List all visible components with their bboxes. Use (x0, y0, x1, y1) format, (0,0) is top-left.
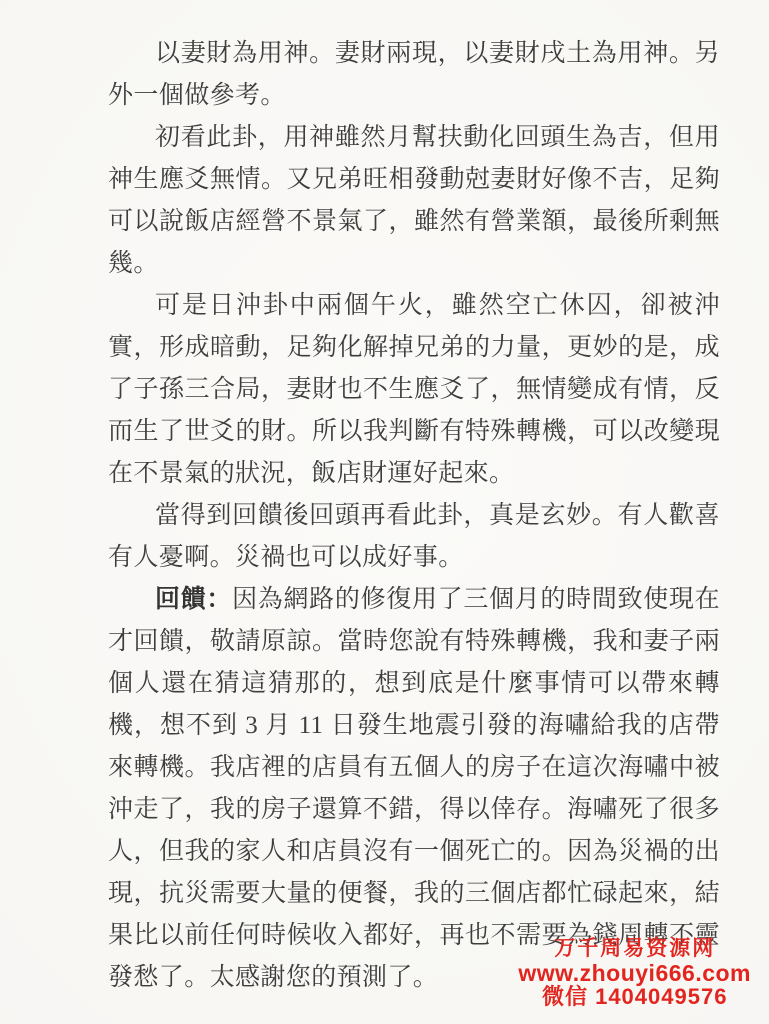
watermark-wechat-id: 微信 1404049576 (518, 985, 751, 1009)
watermark-site-name: 万千周易资源网 (518, 937, 751, 961)
watermark-url: www.zhouyi666.com (518, 961, 751, 985)
paragraph-first-reading: 初看此卦，用神雖然月幫扶動化回頭生為吉，但用神生應爻無情。又兄弟旺相發動尅妻財好… (108, 117, 720, 285)
paragraph-usage-god: 以妻財為用神。妻財兩現，以妻財戌土為用神。另外一個做參考。 (108, 33, 720, 117)
paragraph-reflection: 當得到回饋後回頭再看此卦，真是玄妙。有人歡喜有人憂啊。災禍也可以成好事。 (108, 495, 720, 579)
paragraph-day-clash-analysis: 可是日沖卦中兩個午火，雖然空亡休囚，卻被沖實，形成暗動，足夠化解掉兄弟的力量，更… (108, 285, 720, 495)
watermark: 万千周易资源网 www.zhouyi666.com 微信 1404049576 (518, 937, 751, 1009)
feedback-label: 回饋： (155, 586, 232, 613)
paragraph-feedback: 回饋：因為網路的修復用了三個月的時間致使現在才回饋，敬請原諒。當時您說有特殊轉機… (108, 579, 720, 999)
feedback-body-text: 因為網路的修復用了三個月的時間致使現在才回饋，敬請原諒。當時您說有特殊轉機，我和… (108, 586, 720, 991)
book-page: 以妻財為用神。妻財兩現，以妻財戌土為用神。另外一個做參考。 初看此卦，用神雖然月… (108, 33, 720, 999)
